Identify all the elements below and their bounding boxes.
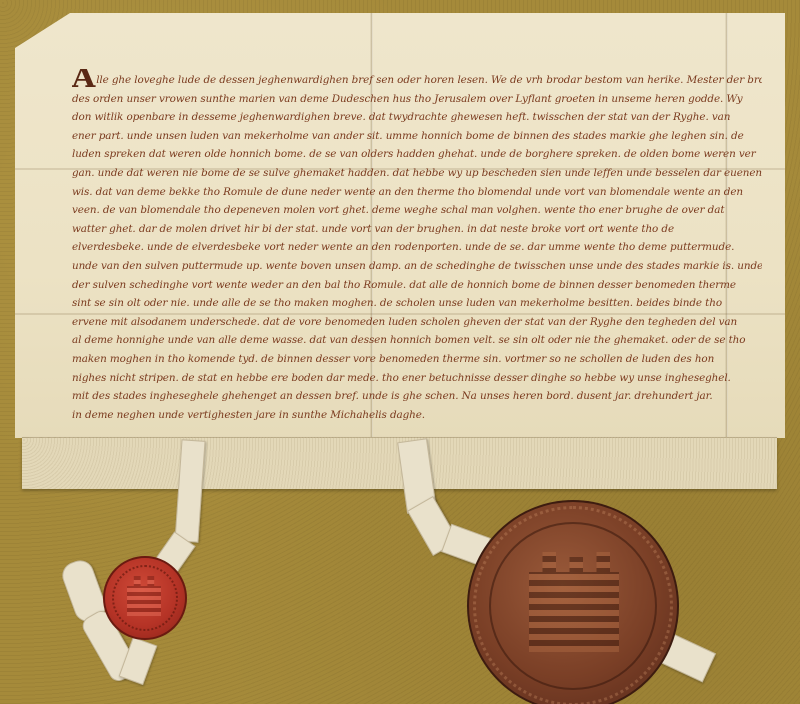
text-line: des orden unser vrowen sunthe marien van… xyxy=(72,90,762,109)
text-line: ervene mit alsodanem underschede. dat de… xyxy=(72,313,762,332)
text-line: mit des stades ingheseghele ghehenget an… xyxy=(72,387,762,406)
text-line: in deme neghen unde vertighesten jare in… xyxy=(72,406,762,425)
castle-icon xyxy=(127,576,161,616)
text-line: al deme honnighe unde van alle deme wass… xyxy=(72,331,762,350)
charter-text: Alle ghe loveghe lude de dessen jeghenwa… xyxy=(72,69,762,424)
seal-legend-ring xyxy=(473,506,673,704)
castle-icon xyxy=(529,552,619,652)
text-line: unde van den sulven puttermude up. wente… xyxy=(72,257,762,276)
text-line: elverdesbeke. unde de elverdesbeke vort … xyxy=(72,238,762,257)
large-brown-seal xyxy=(467,500,679,704)
text-line: don witlik openbare in desseme jeghenwar… xyxy=(72,108,762,127)
text-line: maken moghen in tho komende tyd. de binn… xyxy=(72,350,762,369)
text-line: gan. unde dat weren nie bome de se sulve… xyxy=(72,164,762,183)
illuminated-initial: A xyxy=(72,69,95,90)
text-line: der sulven schedinghe vort wente weder a… xyxy=(72,276,762,295)
small-red-seal xyxy=(103,556,187,640)
text-line: wis. dat van deme bekke tho Romule de du… xyxy=(72,183,762,202)
text-line: nighes nicht stripen. de stat en hebbe e… xyxy=(72,369,762,388)
text-line: veen. de van blomendale tho depeneven mo… xyxy=(72,201,762,220)
text-line: luden spreken dat weren olde honnich bom… xyxy=(72,145,762,164)
text-line: ener part. unde unsen luden van mekerhol… xyxy=(72,127,762,146)
text-line: Alle ghe loveghe lude de dessen jeghenwa… xyxy=(72,69,762,90)
text-line: sint se sin olt oder nie. unde alle de s… xyxy=(72,294,762,313)
text-line: watter ghet. dar de molen drivet hir bi … xyxy=(72,220,762,239)
